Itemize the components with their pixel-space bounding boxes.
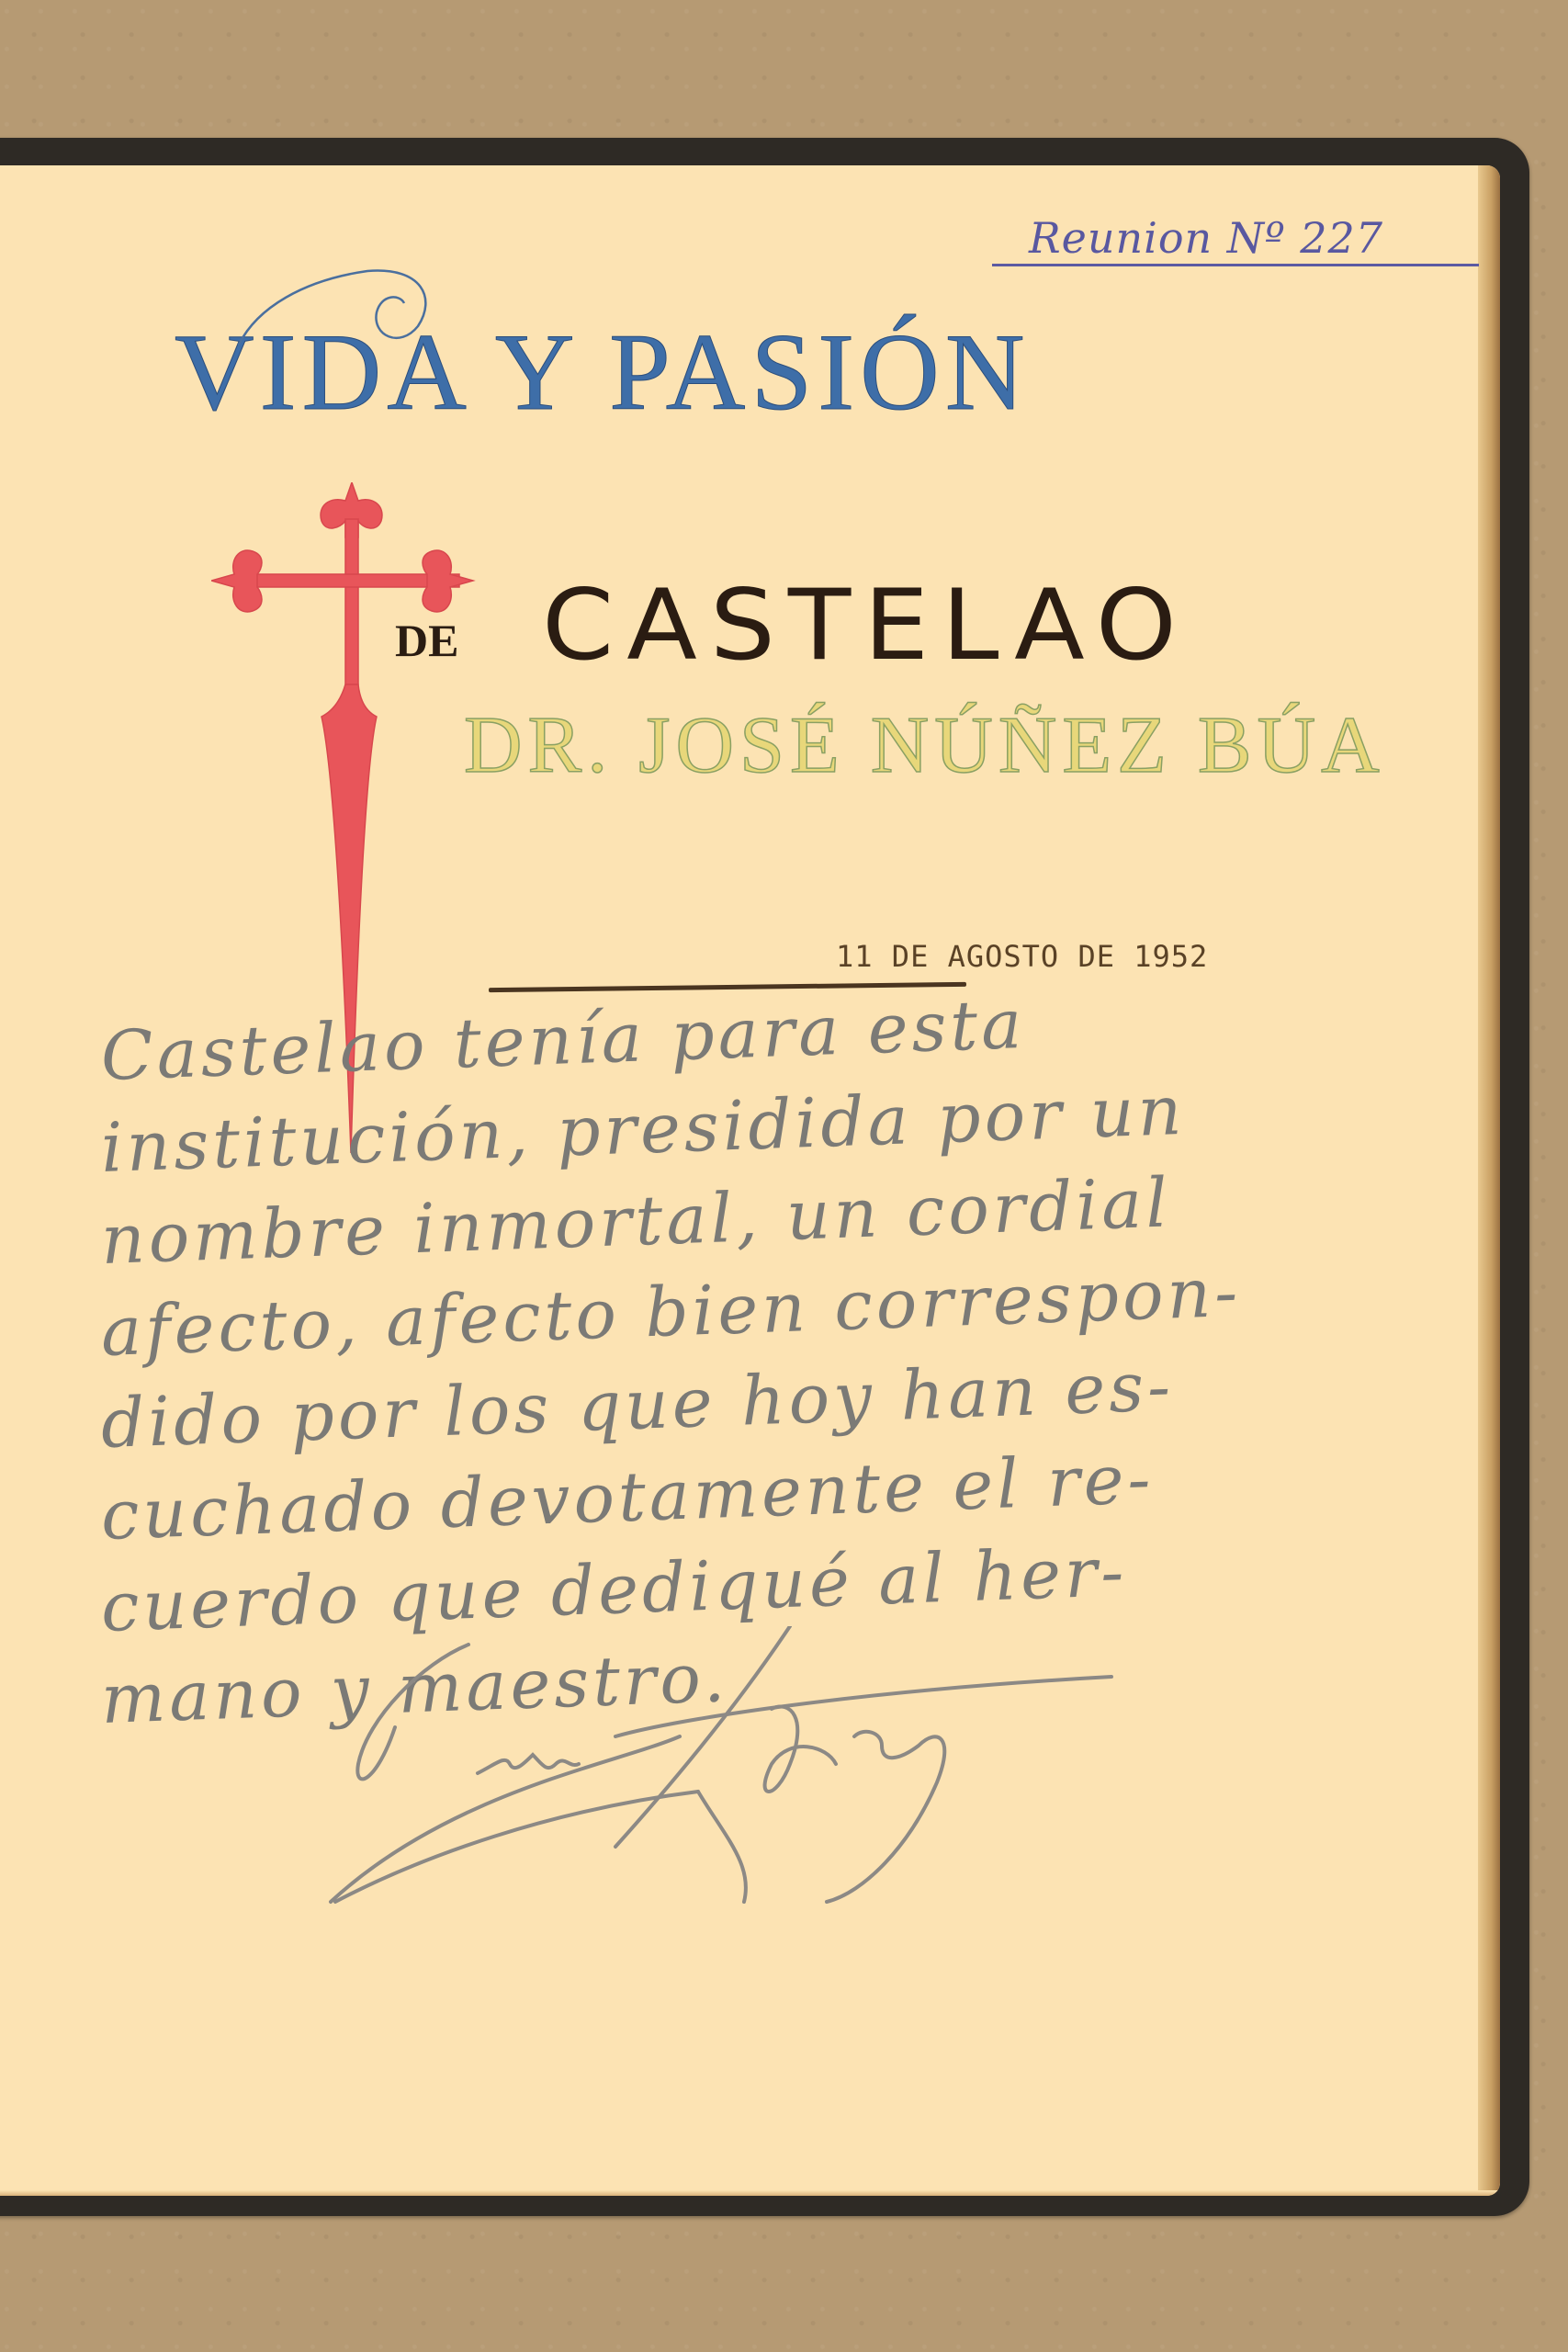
page-bottom-edge bbox=[0, 2190, 1500, 2196]
title-author: DR. JOSÉ NÚÑEZ BÚA bbox=[464, 706, 1385, 786]
meeting-number: Reunion Nº 227 bbox=[992, 211, 1479, 266]
page-edge bbox=[1478, 165, 1500, 2196]
title-castelao: CASTELAO bbox=[542, 577, 1190, 674]
title-de: DE bbox=[395, 617, 458, 663]
book-page: Reunion Nº 227 VIDA Y PASIÓN DE CASTELAO… bbox=[0, 165, 1500, 2196]
title-vida-y-pasion: VIDA Y PASIÓN bbox=[175, 317, 1030, 427]
flourish-icon bbox=[220, 262, 441, 354]
date: 11 DE AGOSTO DE 1952 bbox=[836, 939, 1208, 974]
